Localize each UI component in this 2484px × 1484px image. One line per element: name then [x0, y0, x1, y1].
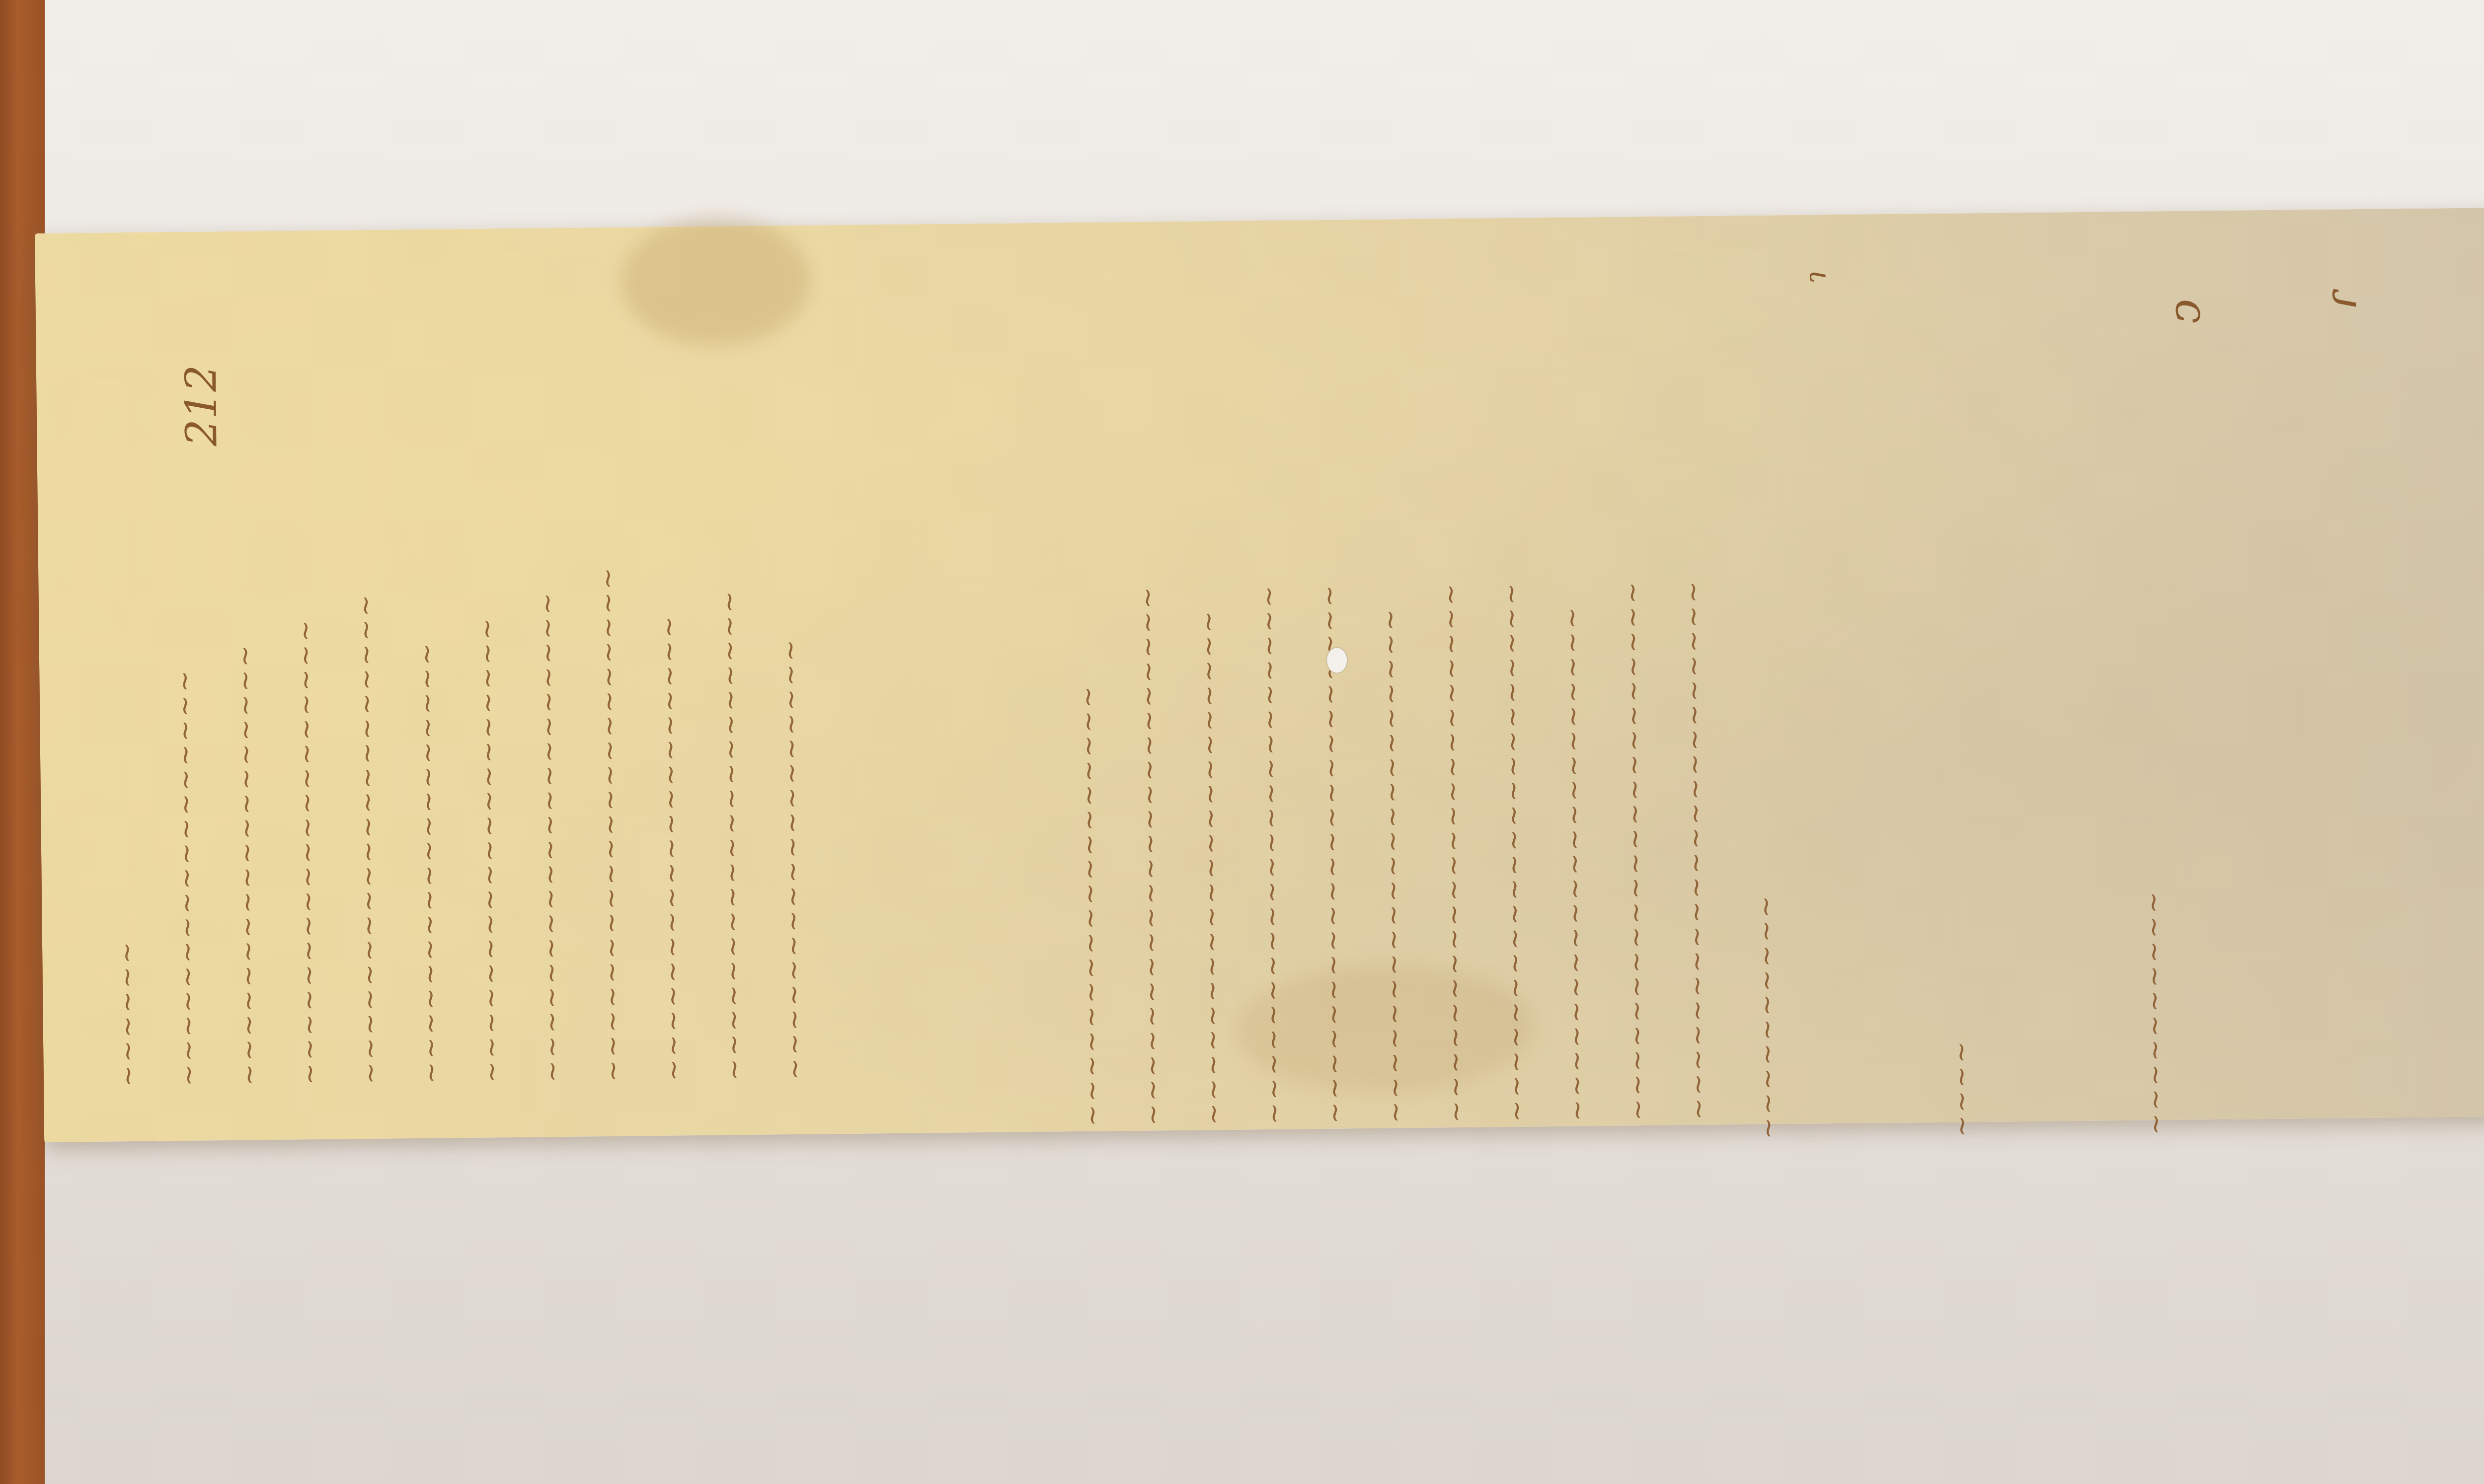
text-line: ~~~~~~~~~~~~~~~~~ — [165, 292, 204, 1087]
paper-hole — [1326, 647, 1348, 673]
text-line: ~~~~~~ — [105, 292, 143, 1087]
text-line: ~~~~~~~~~~~~~~~~~~ — [772, 285, 810, 1080]
text-line: ~~~~~~~~~~~~~~~~~~ — [408, 289, 446, 1084]
text-line: ~~~~~~~~~~~~~~~~~~~~~~ — [1433, 328, 1471, 1123]
text-line: ~~~~~~~~~~~~~~~~~~~~ — [529, 288, 567, 1083]
text-line: ~~~~~~~~~~~~~~~~~~~~~~ — [1675, 325, 1713, 1120]
text-block-1: ~~~~~~~~~~~~~~~~~~ ~~~~~~~~~~~~~~~~~~~~ … — [105, 285, 810, 1087]
text-line: ~~~~~~~~~~~~~~~~~~ — [1069, 332, 1107, 1127]
text-line: ~~~~~~~~~~ — [1749, 692, 1783, 1139]
text-line: ~~~~ — [1942, 690, 1977, 1137]
text-line: ~~~~~~~~~~~~~~~~~~~~~~ — [1312, 329, 1350, 1124]
text-line: ~~~~~~~~~~~~~~~~~~~ — [287, 290, 325, 1085]
text-block-3: ~~~~~~~~~~ ~~~~ ~~~~~~~~~~ — [1749, 688, 2171, 1139]
text-line: ~~~~~~~~~~~~~~~~~~~~ — [347, 290, 386, 1085]
text-line: ~~~~~~~~~~~~~~~~~~~~~~ — [1615, 326, 1653, 1121]
text-line: ~~~~~~~~~~~~~~~~~~~~~ — [1554, 326, 1592, 1121]
text-line: ~~~~~~~~~~~~~~~~~~~~~~ — [1251, 330, 1289, 1125]
ink-mark: ɾ — [2315, 290, 2367, 310]
text-line: ~~~~~~~~~~ — [2136, 688, 2171, 1135]
text-line: ~~~~~~~~~~~~~~~~~~~~ — [711, 286, 749, 1081]
text-block-2: ~~~~~~~~~~~~~~~~~~~~~~ ~~~~~~~~~~~~~~~~~… — [1069, 325, 1713, 1126]
ink-mark: ↄ — [2158, 298, 2211, 324]
text-line: ~~~~~~~~~~~~~~~~~~~~~ — [1372, 328, 1410, 1123]
wooden-table-left — [0, 0, 45, 1484]
text-line: ~~~~~~~~~~~~~~~~~~~~~~ — [1130, 331, 1168, 1126]
text-line: ~~~~~~~~~~~~~~~~~~~~~ — [1190, 330, 1229, 1125]
text-line: ~~~~~~~~~~~~~~~~~~~ — [650, 286, 689, 1081]
text-line: ~~~~~~~~~~~~~~~~~~~~~ — [590, 287, 628, 1082]
text-line: ~~~~~~~~~~~~~~~~~~~ — [468, 288, 507, 1083]
ink-mark: ɿ — [1798, 270, 1833, 284]
text-line: ~~~~~~~~~~~~~~~~~~~~~~ — [1493, 327, 1532, 1122]
manuscript-page: 212 ~~~~~~~~~~~~~~~~~~ ~~~~~~~~~~~~~~~~~… — [35, 207, 2484, 1142]
text-line: ~~~~~~~~~~~~~~~~~~ — [226, 291, 264, 1086]
